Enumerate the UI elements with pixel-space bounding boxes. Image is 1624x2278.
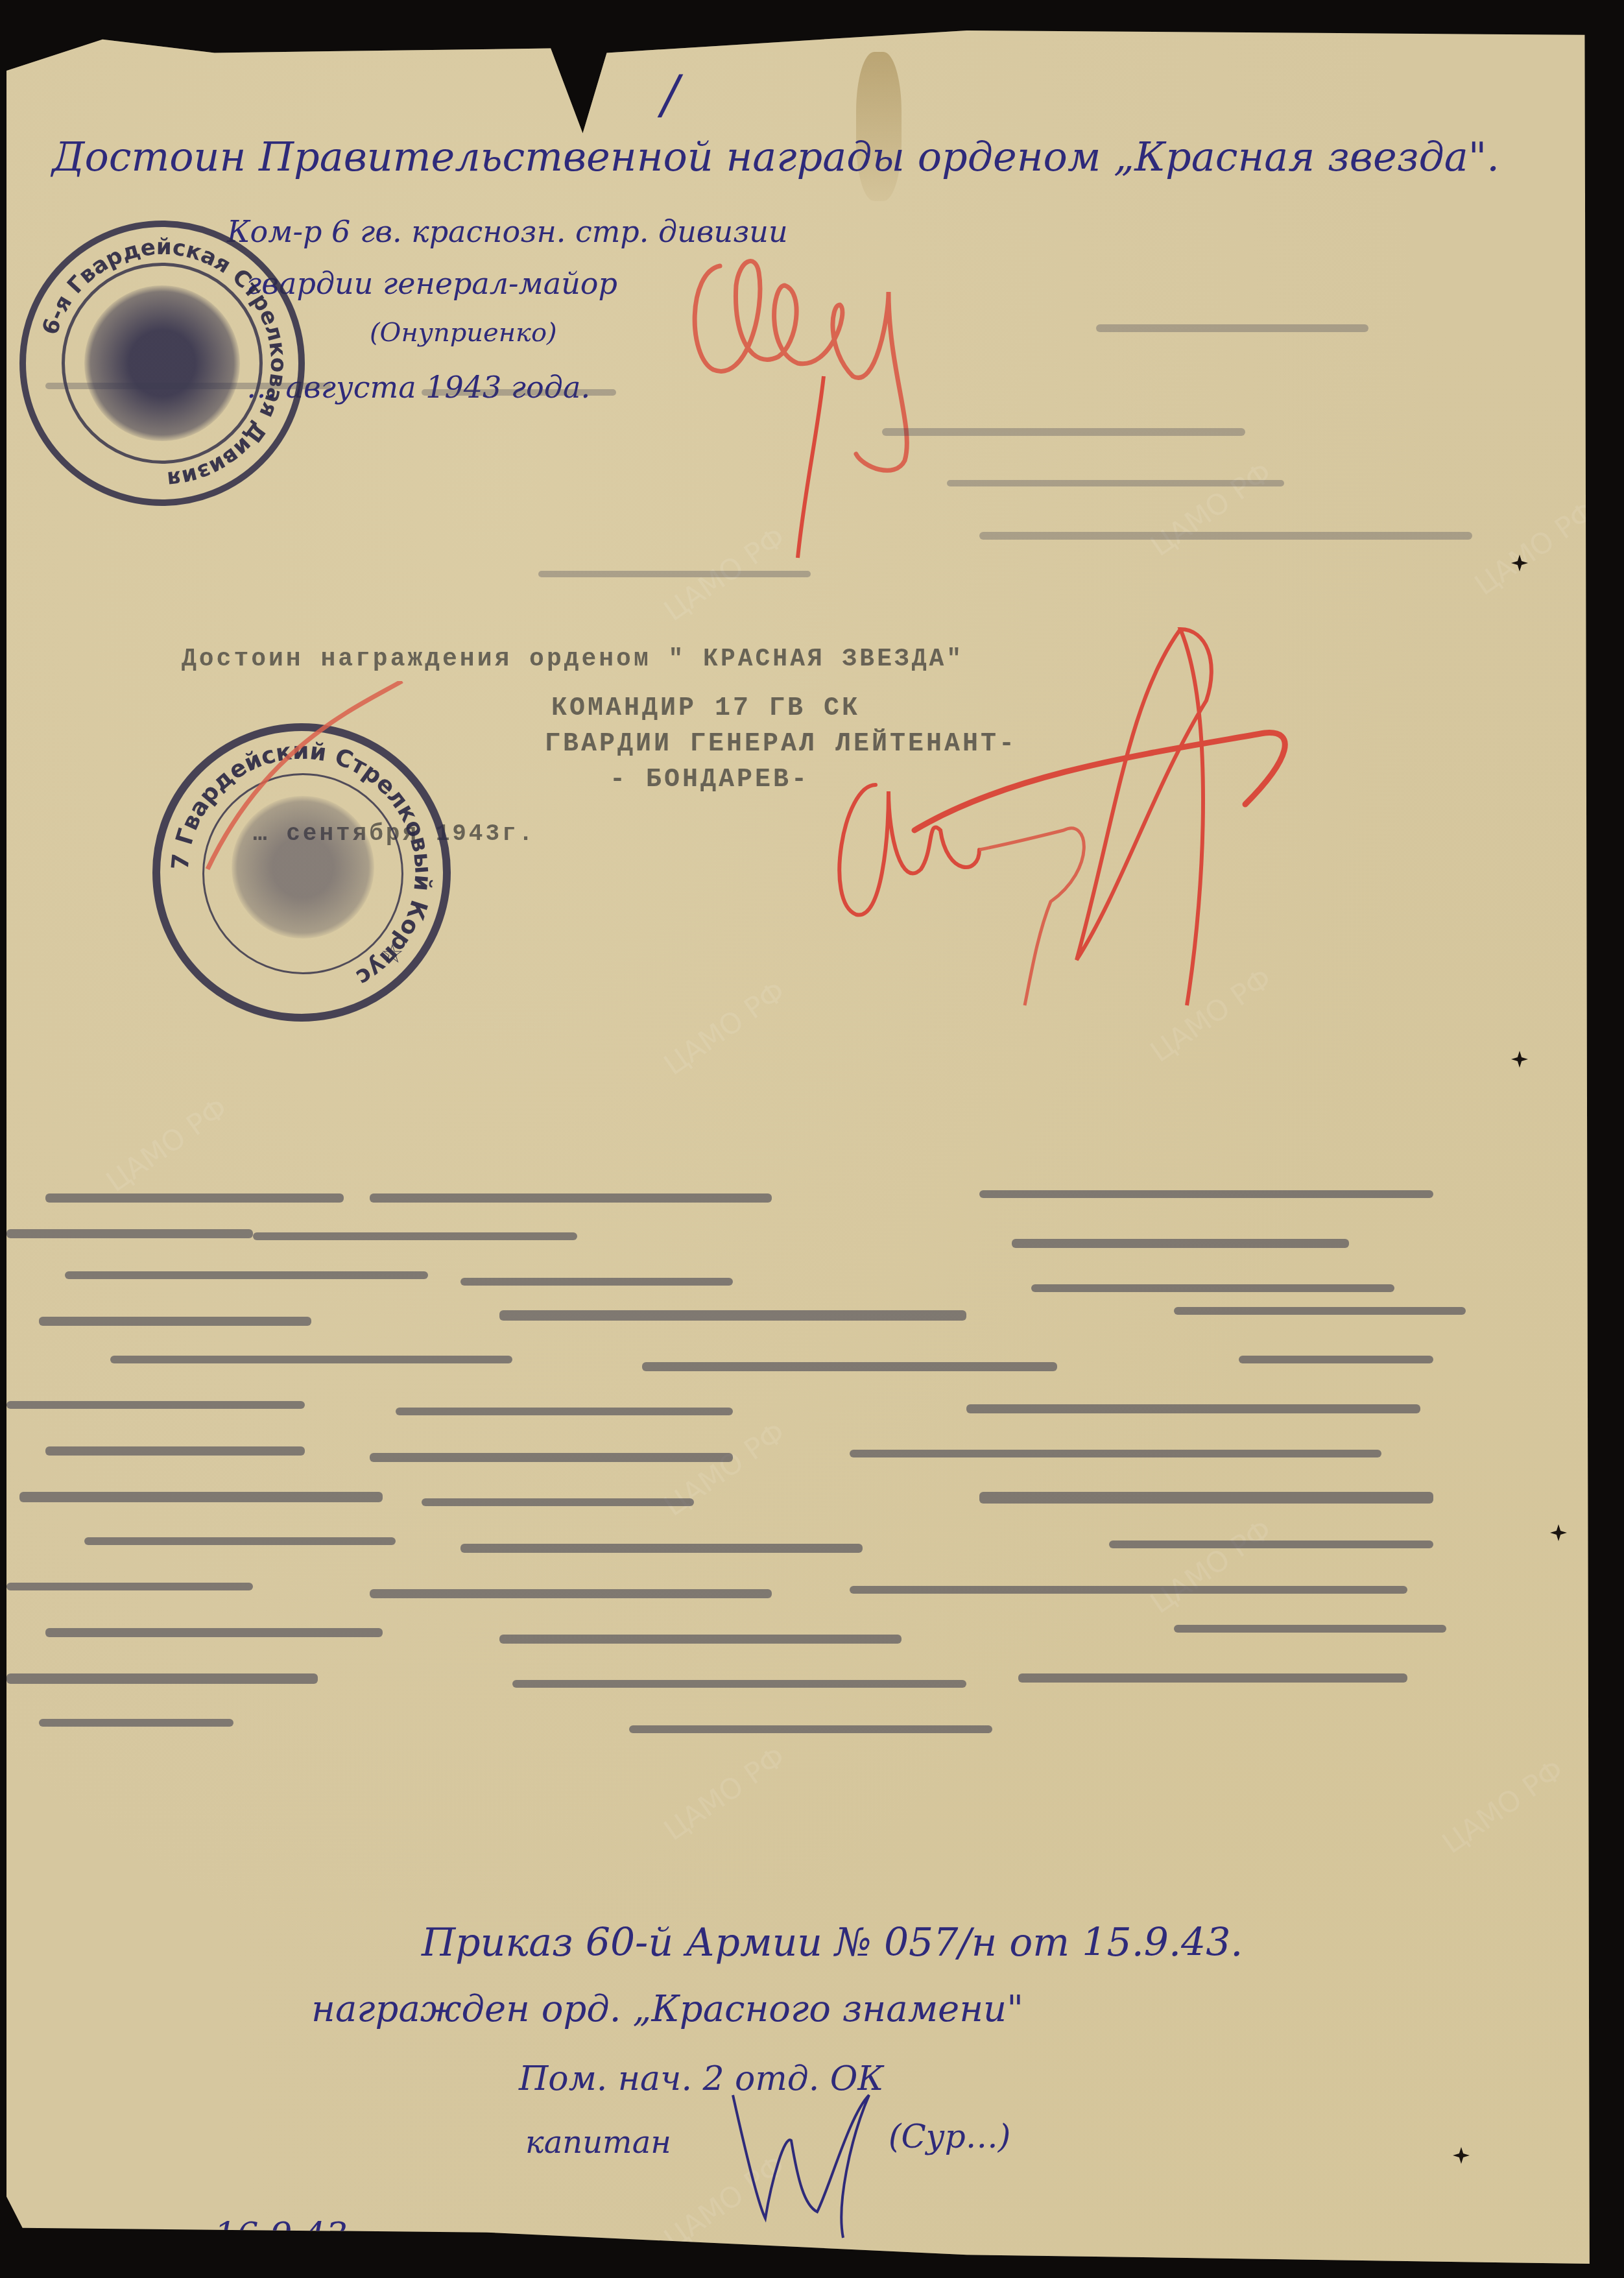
bleed-through-upper (6, 311, 1607, 636)
page-mark: / (662, 65, 679, 125)
signer-rank: капитан (525, 2124, 671, 2161)
division-resolution: Достоин Правительственной награды ордено… (52, 133, 1499, 180)
red-pencil-stroke (195, 681, 428, 876)
division-commander-rank: гвардии генерал-майор (246, 266, 617, 301)
signature-flourish (720, 2076, 889, 2244)
awarded-line: награжден орд. „Красного знамени" (311, 1988, 1023, 2030)
bleed-through-text (6, 1168, 1607, 1784)
corps-commander-title: КОМАНДИР 17 ГВ СК (551, 694, 860, 723)
watermark: ЦАМО РФ (658, 975, 792, 1082)
document-page: ЦАМО РФ ЦАМО РФ ЦАМО РФ ЦАМО РФ ЦАМО РФ … (6, 26, 1607, 2264)
punch-hole (1453, 2147, 1470, 2164)
corps-commander-name: - БОНДАРЕВ- (610, 765, 809, 795)
red-signature-corps (817, 623, 1414, 1025)
bottom-date: 16.9.43. (214, 2215, 359, 2256)
division-commander-title: Ком-р 6 гв. краснозн. стр. дивизии (227, 214, 788, 249)
signer-signature: (Сур…) (889, 2118, 1010, 2155)
punch-hole (1511, 1051, 1528, 1068)
army-order-line: Приказ 60-й Армии № 057/н от 15.9.43. (422, 1920, 1243, 1965)
